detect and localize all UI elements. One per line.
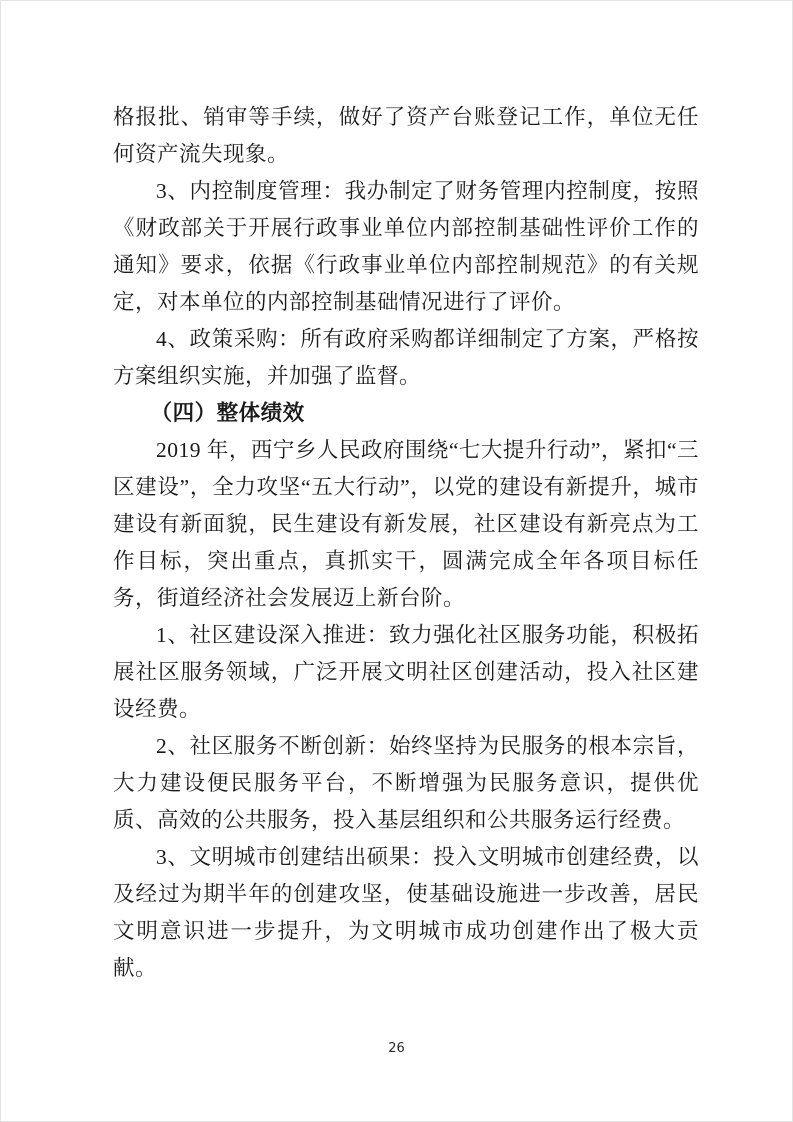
- paragraph-internal-control: 3、内控制度管理：我办制定了财务管理内控制度，按照《财政部关于开展行政事业单位内…: [113, 173, 699, 321]
- paragraph-continuation: 格报批、销审等手续，做好了资产台账登记工作，单位无任何资产流失现象。: [113, 99, 699, 173]
- page-body: 格报批、销审等手续，做好了资产台账登记工作，单位无任何资产流失现象。 3、内控制…: [113, 99, 699, 987]
- page-footer: 26: [1, 1039, 792, 1057]
- paragraph-community-service: 2、社区服务不断创新：始终坚持为民服务的根本宗旨，大力建设便民服务平台，不断增强…: [113, 728, 699, 839]
- paragraph-community-construction: 1、社区建设深入推进：致力强化社区服务功能，积极拓展社区服务领域，广泛开展文明社…: [113, 617, 699, 728]
- page-number: 26: [388, 1041, 405, 1056]
- paragraph-policy-procurement: 4、政策采购：所有政府采购都详细制定了方案，严格按方案组织实施，并加强了监督。: [113, 321, 699, 395]
- section-heading-overall-performance: （四）整体绩效: [113, 395, 699, 432]
- paragraph-2019-overview: 2019 年，西宁乡人民政府围绕“七大提升行动”，紧扣“三区建设”，全力攻坚“五…: [113, 432, 699, 617]
- document-page: 格报批、销审等手续，做好了资产台账登记工作，单位无任何资产流失现象。 3、内控制…: [0, 0, 793, 1122]
- paragraph-civilized-city: 3、文明城市创建结出硕果：投入文明城市创建经费，以及经过为期半年的创建攻坚，使基…: [113, 839, 699, 987]
